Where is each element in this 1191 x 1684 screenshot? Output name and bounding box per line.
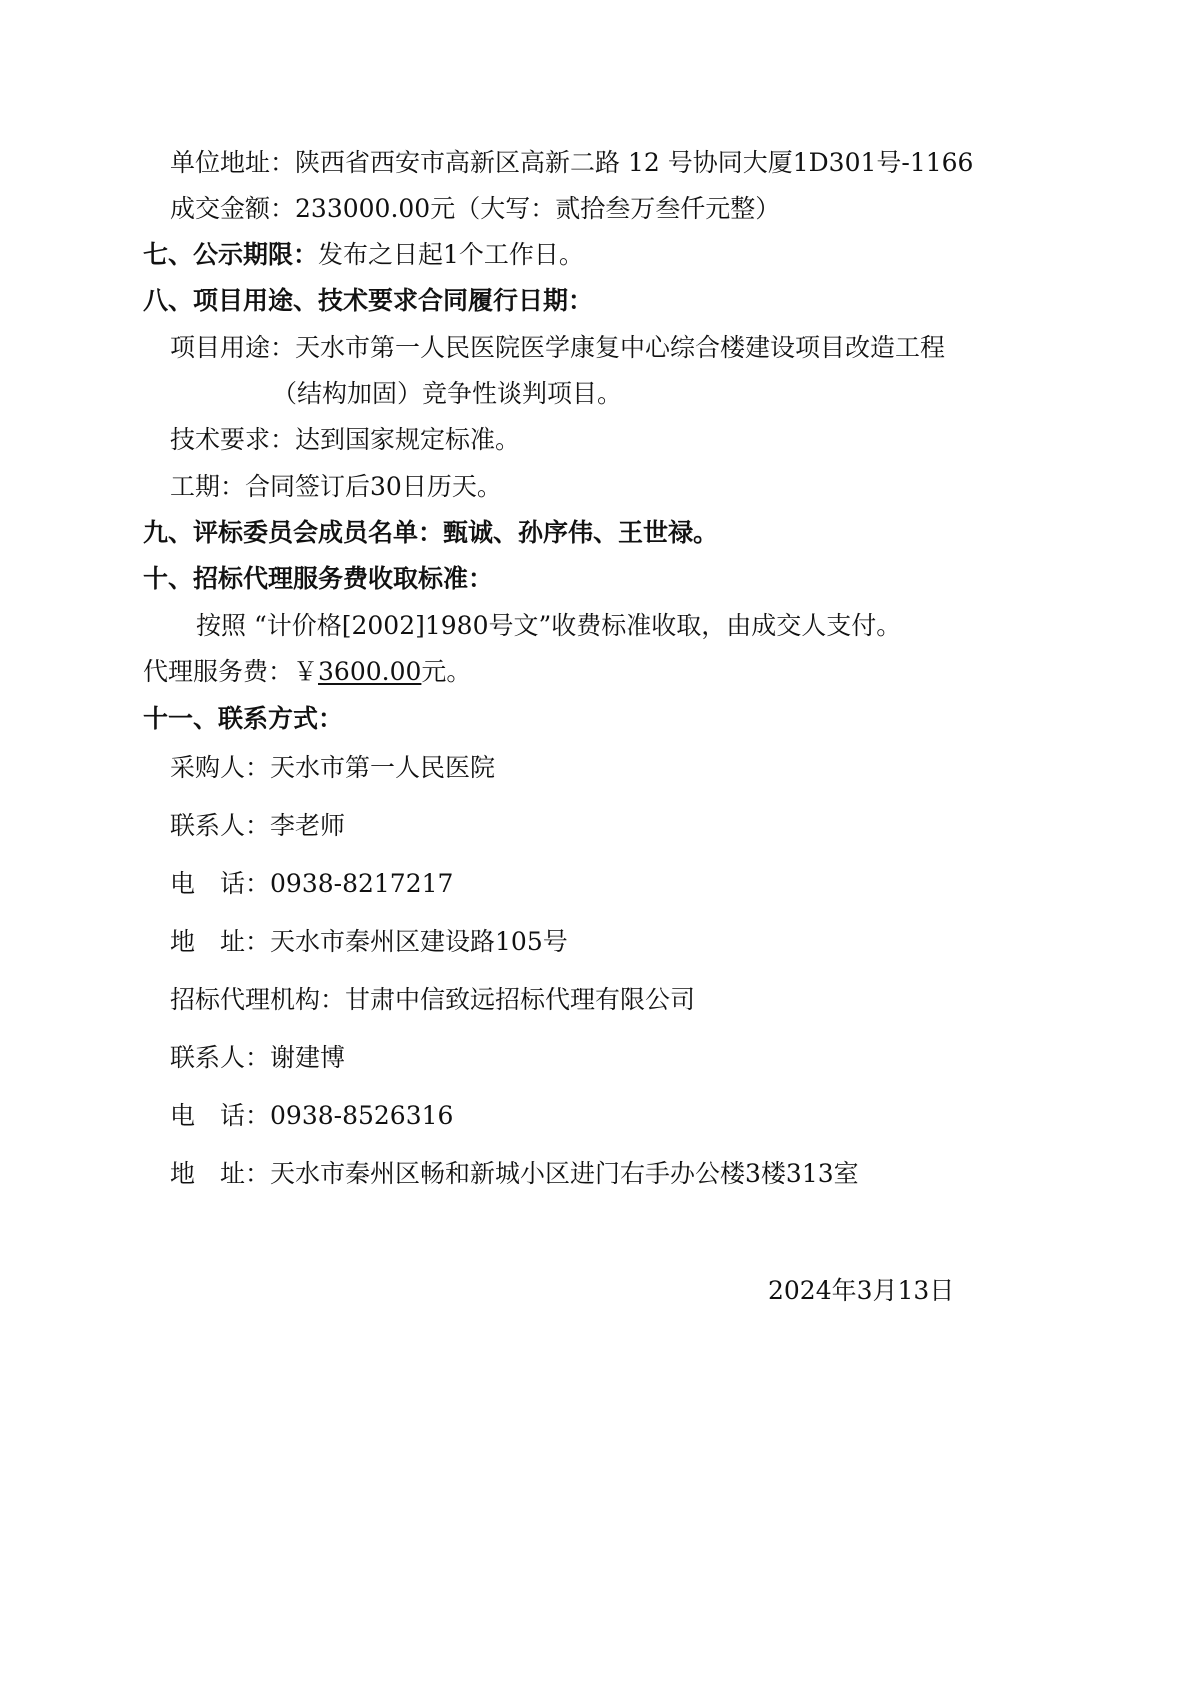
agency-phone-line: 电 话：0938-8526316 [170, 1101, 453, 1131]
construction-period-line: 工期：合同签订后30日历天。 [170, 472, 502, 502]
section7-heading: 七、公示期限： [143, 240, 318, 269]
fee-standard-text: 按照 “计价格[2002]1980号文”收费标准收取，由成交人支付。 [196, 611, 901, 641]
agency-line: 招标代理机构：甘肃中信致远招标代理有限公司 [170, 985, 695, 1015]
section9-heading: 九、评标委员会成员名单：甄诚、孙序伟、王世禄。 [143, 518, 718, 548]
document-date: 2024年3月13日 [768, 1276, 954, 1306]
purchaser-contact-line: 联系人：李老师 [170, 811, 345, 841]
purchaser-value: 天水市第一人民医院 [270, 753, 495, 782]
section10-heading: 十、招标代理服务费收取标准： [143, 564, 493, 594]
purchaser-phone-line: 电 话：0938-8217217 [170, 869, 453, 899]
winner-amount-label: 成交金额： [170, 194, 295, 223]
agency-address-value: 天水市秦州区畅和新城小区进门右手办公楼3楼313室 [270, 1159, 859, 1188]
agency-address-line: 地 址：天水市秦州区畅和新城小区进门右手办公楼3楼313室 [170, 1159, 859, 1189]
agency-fee-label: 代理服务费：￥ [143, 657, 318, 686]
purchaser-address-label: 地 址： [170, 927, 270, 956]
purchaser-phone-label: 电 话： [170, 869, 270, 898]
purchaser-contact-label: 联系人： [170, 811, 270, 840]
agency-phone-label: 电 话： [170, 1101, 270, 1130]
construction-period-value: 合同签订后30日历天。 [245, 472, 502, 501]
project-purpose-line2: （结构加固）竞争性谈判项目。 [272, 379, 622, 409]
purchaser-contact-value: 李老师 [270, 811, 345, 840]
agency-fee-line: 代理服务费：￥3600.00元。 [143, 657, 471, 687]
agency-contact-label: 联系人： [170, 1043, 270, 1072]
winner-address-value: 陕西省西安市高新区高新二路 12 号协同大厦1D301号-1166 [295, 148, 973, 177]
tech-requirement-value: 达到国家规定标准。 [295, 425, 520, 454]
project-purpose-label: 项目用途： [170, 333, 295, 362]
purchaser-line: 采购人：天水市第一人民医院 [170, 753, 495, 783]
agency-value: 甘肃中信致远招标代理有限公司 [345, 985, 695, 1014]
agency-contact-line: 联系人：谢建博 [170, 1043, 345, 1073]
agency-phone-value: 0938-8526316 [270, 1101, 453, 1130]
section7-line: 七、公示期限：发布之日起1个工作日。 [143, 240, 584, 270]
agency-fee-amount: 3600.00 [318, 657, 421, 686]
agency-contact-value: 谢建博 [270, 1043, 345, 1072]
project-purpose-value-1: 天水市第一人民医院医学康复中心综合楼建设项目改造工程 [295, 333, 945, 362]
purchaser-label: 采购人： [170, 753, 270, 782]
agency-label: 招标代理机构： [170, 985, 345, 1014]
purchaser-phone-value: 0938-8217217 [270, 869, 453, 898]
winner-address-line: 单位地址：陕西省西安市高新区高新二路 12 号协同大厦1D301号-1166 [170, 148, 973, 178]
section11-heading: 十一、联系方式： [143, 704, 343, 734]
project-purpose-line1: 项目用途：天水市第一人民医院医学康复中心综合楼建设项目改造工程 [170, 333, 945, 363]
winner-amount-value: 233000.00元（大写：贰拾叁万叁仟元整） [295, 194, 780, 223]
section8-heading: 八、项目用途、技术要求合同履行日期： [143, 286, 593, 316]
winner-address-label: 单位地址： [170, 148, 295, 177]
agency-fee-unit: 元。 [421, 657, 471, 686]
agency-address-label: 地 址： [170, 1159, 270, 1188]
section7-text: 发布之日起1个工作日。 [318, 240, 584, 269]
construction-period-label: 工期： [170, 472, 245, 501]
tech-requirement-label: 技术要求： [170, 425, 295, 454]
tech-requirement-line: 技术要求：达到国家规定标准。 [170, 425, 520, 455]
purchaser-address-line: 地 址：天水市秦州区建设路105号 [170, 927, 568, 957]
purchaser-address-value: 天水市秦州区建设路105号 [270, 927, 568, 956]
winner-amount-line: 成交金额：233000.00元（大写：贰拾叁万叁仟元整） [170, 194, 780, 224]
